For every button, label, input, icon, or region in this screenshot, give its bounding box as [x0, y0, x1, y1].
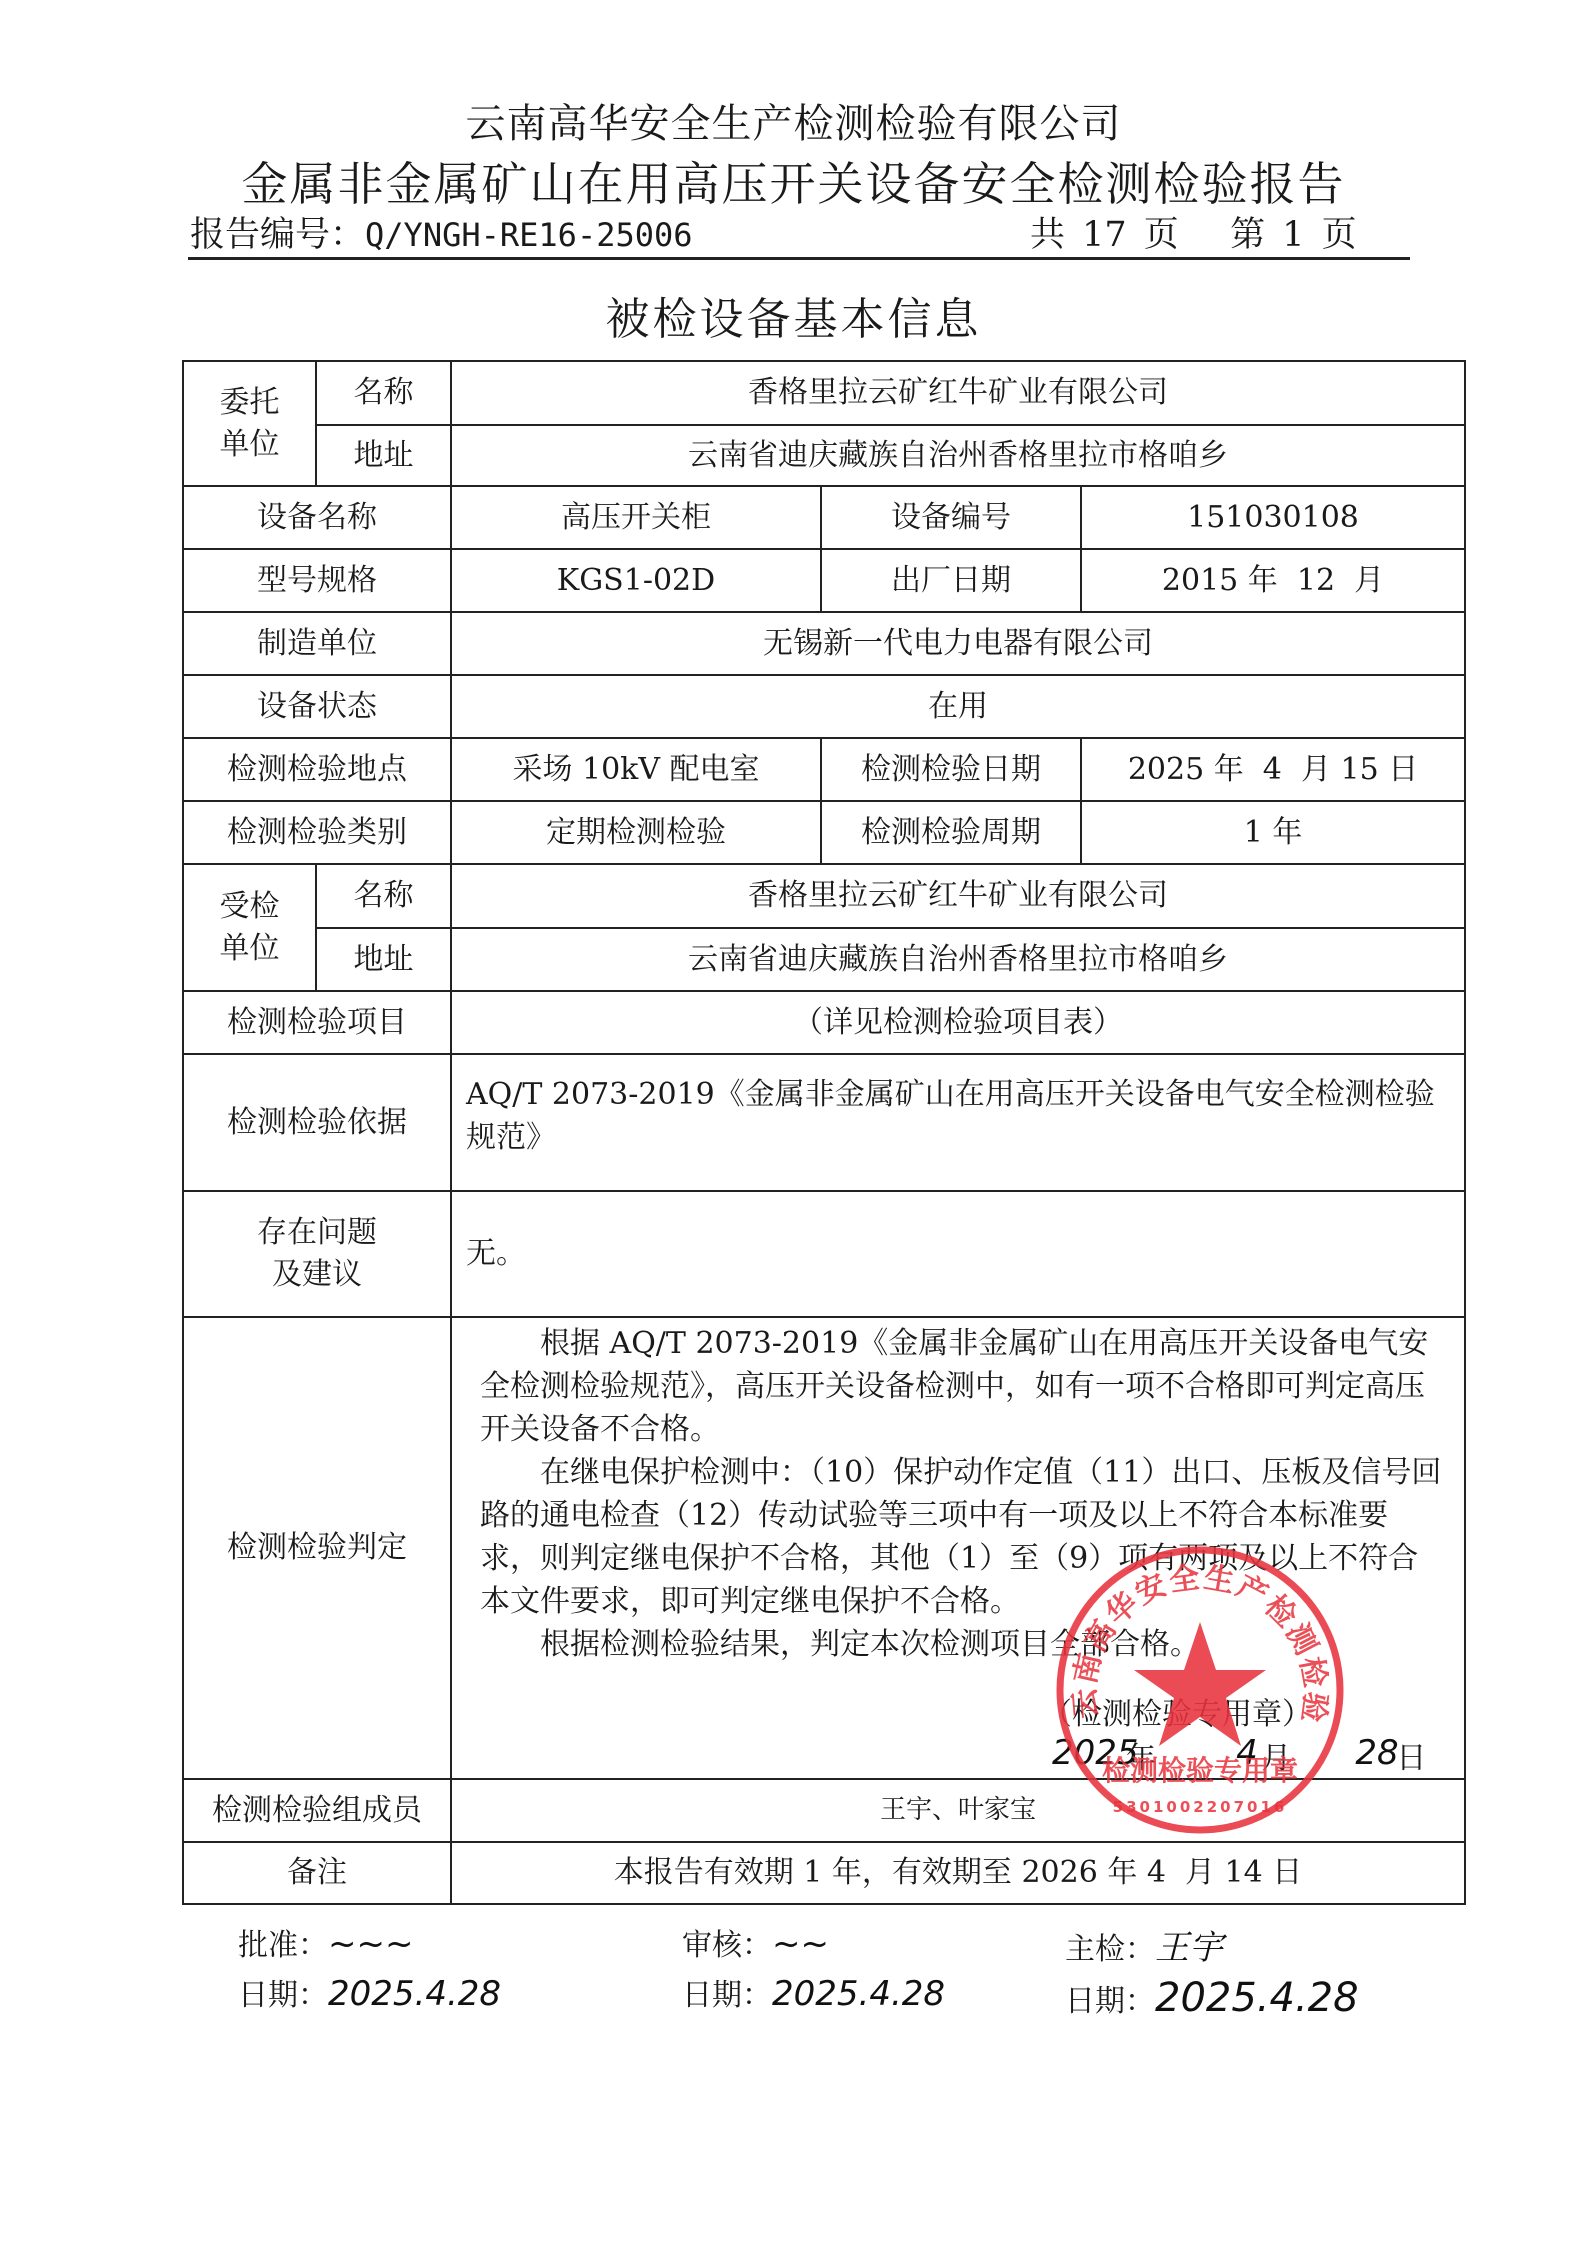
manufacturer: 无锡新一代电力电器有限公司 [451, 612, 1465, 675]
approve-block: 批准：~~~ 日期：2025.4.28 [238, 1920, 501, 2014]
mfg-date: 2015 年 12 月 [1081, 549, 1465, 612]
remarks-label: 备注 [183, 1842, 451, 1904]
approve-label: 批准： [238, 1928, 328, 1963]
category-label: 检测检验类别 [183, 801, 451, 864]
inspected-name-label: 名称 [316, 864, 451, 928]
review-date: 2025.4.28 [772, 1974, 945, 2014]
category: 定期检测检验 [451, 801, 821, 864]
header-divider [188, 257, 1410, 260]
inspected-address: 云南省迪庆藏族自治州香格里拉市格咱乡 [451, 928, 1465, 991]
status-label: 设备状态 [183, 675, 451, 738]
inspected-address-label: 地址 [316, 928, 451, 991]
client-address-label: 地址 [316, 425, 451, 486]
basis-label: 检测检验依据 [183, 1054, 451, 1191]
conclusion-paragraph: 在继电保护检测中：（10）保护动作定值（11）出口、压板及信号回路的通电检查（1… [480, 1451, 1444, 1623]
device-name: 高压开关柜 [451, 486, 821, 549]
device-name-label: 设备名称 [183, 486, 451, 549]
cycle: 1 年 [1081, 801, 1465, 864]
issues-label-line1: 存在问题 [184, 1212, 450, 1254]
inspection-date: 2025 年 4 月 15 日 [1081, 738, 1465, 801]
client-label-line2: 单位 [184, 424, 315, 466]
remarks: 本报告有效期 1 年，有效期至 2026 年 4 月 14 日 [451, 1842, 1465, 1904]
section-title: 被检设备基本信息 [0, 283, 1587, 347]
location-label: 检测检验地点 [183, 738, 451, 801]
client-address: 云南省迪庆藏族自治州香格里拉市格咱乡 [451, 425, 1465, 486]
basis: AQ/T 2073-2019《金属非金属矿山在用高压开关设备电气安全检测检验规范… [451, 1054, 1465, 1191]
inspected-label-line1: 受检 [184, 886, 315, 928]
report-title: 金属非金属矿山在用高压开关设备安全检测检验报告 [0, 148, 1587, 214]
inspector-date-label: 日期： [1065, 1984, 1155, 2019]
model-label: 型号规格 [183, 549, 451, 612]
model: KGS1-02D [451, 549, 821, 612]
client-name-label: 名称 [316, 361, 451, 425]
mfg-date-label: 出厂日期 [821, 549, 1081, 612]
client-name: 香格里拉云矿红牛矿业有限公司 [451, 361, 1465, 425]
issues: 无。 [451, 1191, 1465, 1317]
inspector-date: 2025.4.28 [1155, 1975, 1359, 2021]
device-no: 151030108 [1081, 486, 1465, 549]
report-number-label: 报告编号： [190, 215, 365, 255]
inspector-signature: 王宇 [1155, 1928, 1223, 1968]
inspected-name: 香格里拉云矿红牛矿业有限公司 [451, 864, 1465, 928]
manufacturer-label: 制造单位 [183, 612, 451, 675]
stamp-date-handwritten: 2025 4 28 [1052, 1730, 1399, 1778]
approve-date-label: 日期： [238, 1978, 328, 2013]
approve-signature: ~~~ [328, 1924, 413, 1964]
review-label: 审核： [682, 1928, 772, 1963]
approve-date: 2025.4.28 [328, 1974, 501, 2014]
inspector-block: 主检：王宇 日期：2025.4.28 [1065, 1920, 1359, 2021]
device-info-table: 委托 单位 名称 香格里拉云矿红牛矿业有限公司 地址 云南省迪庆藏族自治州香格里… [182, 360, 1466, 1905]
issues-label-line2: 及建议 [184, 1254, 450, 1296]
inspector-label: 主检： [1065, 1932, 1155, 1967]
report-number: 报告编号：Q/YNGH-RE16-25006 [190, 207, 693, 257]
conclusion-paragraph: 根据 AQ/T 2073-2019《金属非金属矿山在用高压开关设备电气安全检测检… [480, 1322, 1444, 1451]
items: （详见检测检验项目表） [451, 991, 1465, 1054]
items-label: 检测检验项目 [183, 991, 451, 1054]
page-count: 共 17 页 第 1 页 [1030, 207, 1357, 257]
inspected-label-line2: 单位 [184, 928, 315, 970]
cycle-label: 检测检验周期 [821, 801, 1081, 864]
inspection-date-label: 检测检验日期 [821, 738, 1081, 801]
conclusion-paragraph: 根据检测检验结果，判定本次检测项目全部合格。 [480, 1623, 1444, 1666]
team-label: 检测检验组成员 [183, 1779, 451, 1842]
review-block: 审核：~~ 日期：2025.4.28 [682, 1920, 945, 2014]
conclusion-cell: 根据 AQ/T 2073-2019《金属非金属矿山在用高压开关设备电气安全检测检… [451, 1317, 1465, 1779]
device-no-label: 设备编号 [821, 486, 1081, 549]
location: 采场 10kV 配电室 [451, 738, 821, 801]
review-date-label: 日期： [682, 1978, 772, 2013]
client-label-line1: 委托 [184, 382, 315, 424]
team: 王宇、叶家宝 [451, 1779, 1465, 1842]
status-value: 在用 [451, 675, 1465, 738]
report-number-value: Q/YNGH-RE16-25006 [365, 216, 693, 254]
client-group-label: 委托 单位 [183, 361, 316, 486]
inspected-group-label: 受检 单位 [183, 864, 316, 991]
company-name: 云南高华安全生产检测检验有限公司 [0, 92, 1587, 149]
conclusion-label: 检测检验判定 [183, 1317, 451, 1779]
conclusion-text: 根据 AQ/T 2073-2019《金属非金属矿山在用高压开关设备电气安全检测检… [466, 1322, 1454, 1666]
review-signature: ~~ [772, 1924, 829, 1964]
issues-label: 存在问题 及建议 [183, 1191, 451, 1317]
